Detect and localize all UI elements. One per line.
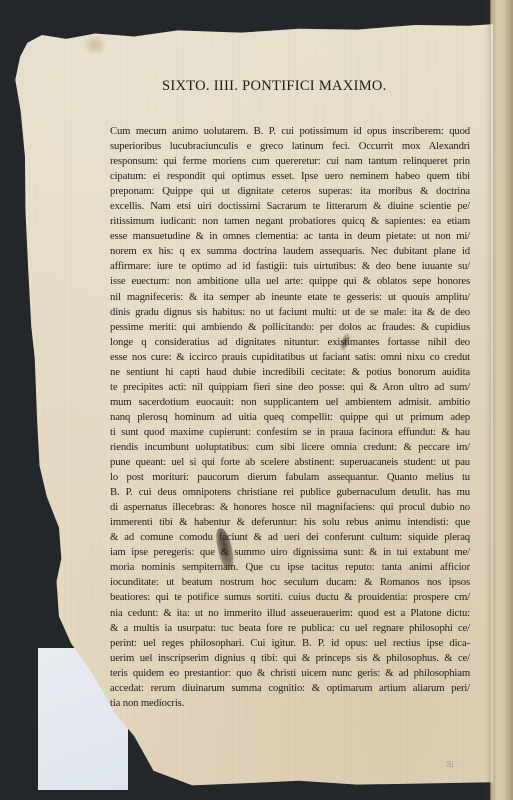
text-line: moria nominis sempiternam. Que cu ipse t… xyxy=(110,560,470,575)
text-line: beatiores: qui te potifice sumus sortiti… xyxy=(110,590,470,605)
text-line: pune queant: uel si qui forte ab scelere… xyxy=(110,455,470,470)
text-line: norem ex his: q ex summa doctrina laudem… xyxy=(110,244,470,259)
text-line: preponam: Quippe qui ut dignitate cetero… xyxy=(110,184,470,199)
text-line: isse euectum: non ambitione ulla uel art… xyxy=(110,274,470,289)
text-line: uerim uel inscripserim dignius q tibi: q… xyxy=(110,651,470,666)
gutter-shadow xyxy=(485,0,491,800)
page-heading: SIXTO. IIII. PONTIFICI MAXIMO. xyxy=(162,78,462,95)
text-line: responsum: qui ferme moriens cum querere… xyxy=(110,154,470,169)
text-line-final: tia non mediocris. xyxy=(110,696,470,711)
text-line: superioribus lucubraciunculis e greco la… xyxy=(110,139,470,154)
text-line: ritissimum iudicant: non tamen negant pr… xyxy=(110,214,470,229)
text-line: nil magnifeceris: & ita semper ab ineunt… xyxy=(110,290,470,305)
text-line: teris quidem eo prestantior: quo & chris… xyxy=(110,666,470,681)
text-line: dinis gradu dignus sis habitus: no ut fa… xyxy=(110,305,470,320)
scanned-page: SIXTO. IIII. PONTIFICI MAXIMO. Cum mecum… xyxy=(0,0,513,800)
text-line: esse mansuetudine & in omnes clementia: … xyxy=(110,229,470,244)
text-line: excellis. Nam etsi uiri doctissimi Sacra… xyxy=(110,199,470,214)
body-text: Cum mecum animo uolutarem. B. P. cui pot… xyxy=(110,124,470,711)
text-line: iam ipse peregeris: que & summo uiro dig… xyxy=(110,545,470,560)
text-line: nanq plerosq hominum ad uitia queq compe… xyxy=(110,410,470,425)
text-line: mum sacerdotium euocauit: non supplicant… xyxy=(110,395,470,410)
text-line: & ad comune comodu faciunt & ad ueri dei… xyxy=(110,530,470,545)
text-line: nia cedunt: & ita: ut no immerito illud … xyxy=(110,606,470,621)
foxing-stain xyxy=(84,36,106,54)
text-line: cipatum: ei respondit qui optimus esset.… xyxy=(110,169,470,184)
text-line: ne sentiunt hi capti haud dubie incredib… xyxy=(110,365,470,380)
text-line: perint: uel reges philosophari. Cui igit… xyxy=(110,636,470,651)
text-line: Cum mecum animo uolutarem. B. P. cui pot… xyxy=(110,124,470,139)
text-line: accedat: rerum diuinarum summa cognitio:… xyxy=(110,681,470,696)
text-line: di aspernatus illecebras: & honores hosc… xyxy=(110,500,470,515)
text-line: pessime meriti: qui ambiendo & pollicita… xyxy=(110,320,470,335)
text-line: iocunditate: ut beatum nostrum hoc secul… xyxy=(110,575,470,590)
text-line: riendis incumbunt uoluptatibus: cum sibi… xyxy=(110,440,470,455)
text-line: esse nos cure: & iccirco prauis cupidita… xyxy=(110,350,470,365)
text-line: B. P. cui deus omnipotens christiane rei… xyxy=(110,485,470,500)
text-line: immerenti tibi & habentur & deferuntur: … xyxy=(110,515,470,530)
text-line: lo post morituri: paucorum dierum fabula… xyxy=(110,470,470,485)
book-spine-edge xyxy=(490,0,513,800)
pencil-annotation: Sj. . xyxy=(446,760,460,769)
text-line: affirmare: iure te optimo ad id fastigii… xyxy=(110,259,470,274)
text-line: ti sunt quod maxime cupierunt: confestim… xyxy=(110,425,470,440)
text-line: longe q consideratius ad dignitates nitu… xyxy=(110,335,470,350)
text-line: & a multis ia usurpatu: tuc beata fore r… xyxy=(110,621,470,636)
text-line: te precipites acti: nil quippiam fieri s… xyxy=(110,380,470,395)
